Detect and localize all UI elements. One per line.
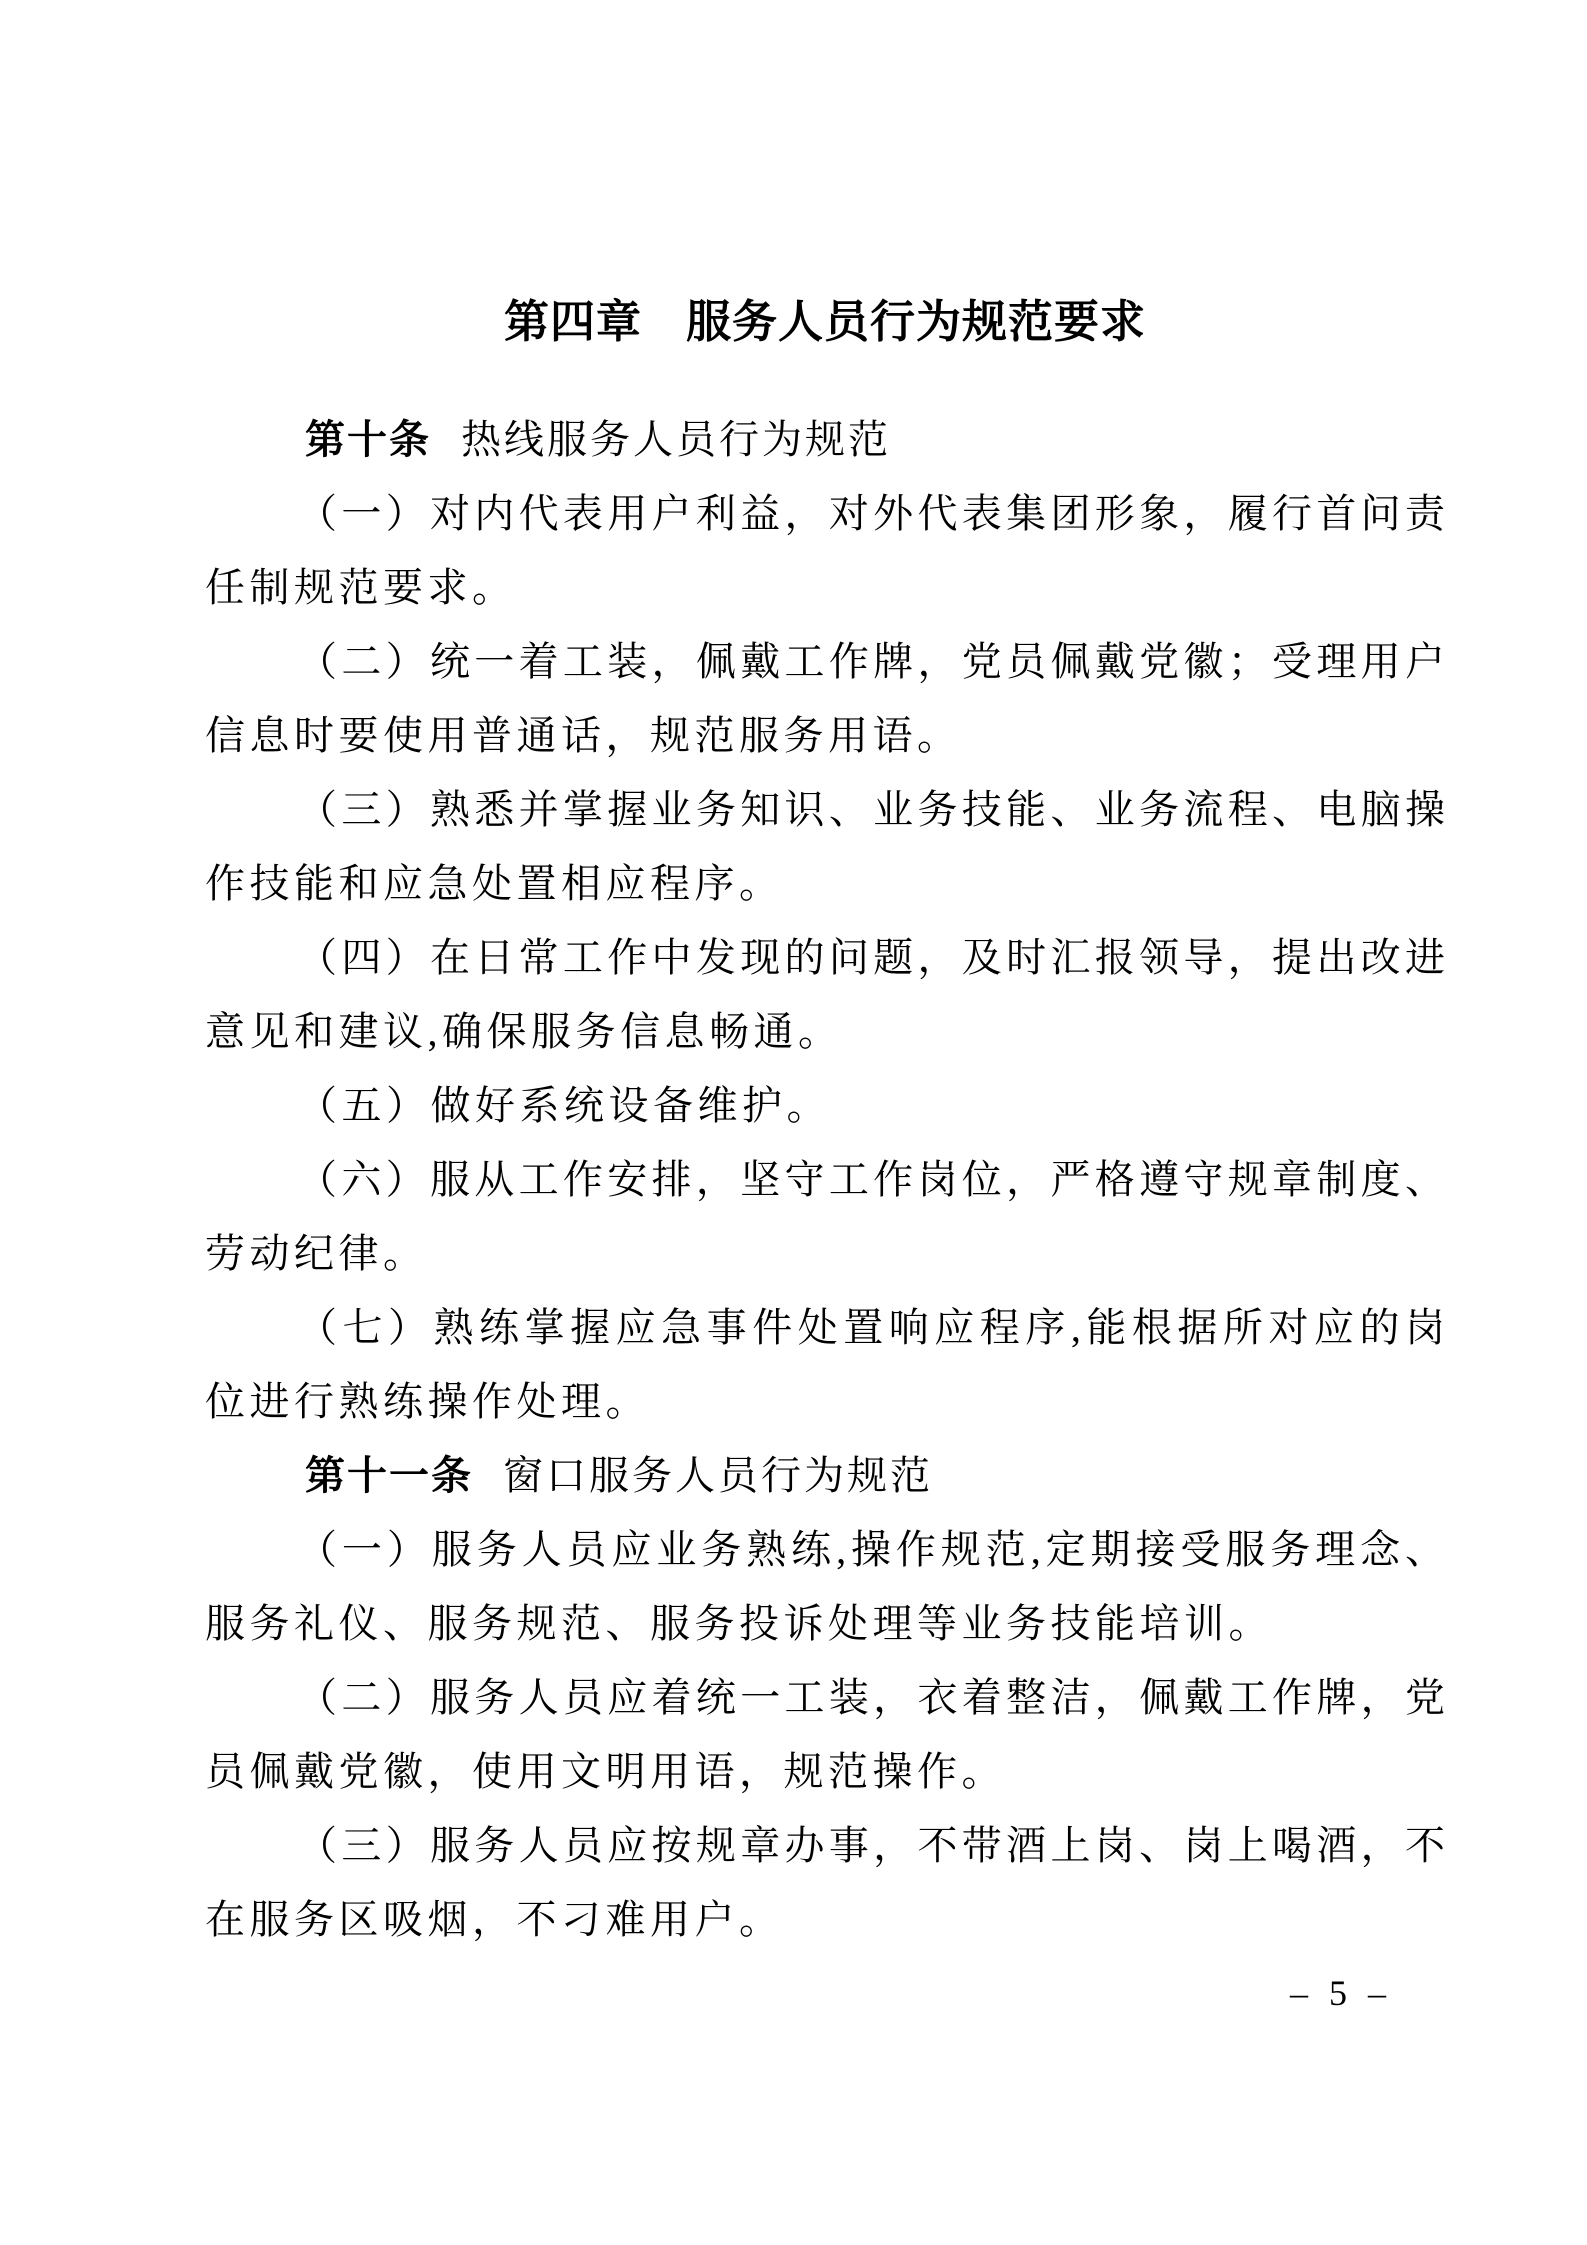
text-line: （五）做好系统设备维护。 [205,1069,1445,1143]
text-line: 员佩戴党徽，使用文明用语，规范操作。 [205,1735,1445,1809]
text-line: 意见和建议,确保服务信息畅通。 [205,995,1445,1069]
document-page: 第四章服务人员行为规范要求 第十条热线服务人员行为规范（一）对内代表用户利益，对… [0,0,1587,2245]
chapter-title-label: 第四章 [504,296,642,347]
text-line: 劳动纪律。 [205,1217,1445,1291]
document-body: 第十条热线服务人员行为规范（一）对内代表用户利益，对外代表集团形象，履行首问责任… [205,403,1445,1957]
text-line: 在服务区吸烟，不刁难用户。 [205,1883,1445,1957]
chapter-title: 第四章服务人员行为规范要求 [205,0,1445,347]
text-line: 位进行熟练操作处理。 [205,1365,1445,1439]
text-line: （三）熟悉并掌握业务知识、业务技能、业务流程、电脑操 [205,773,1445,847]
text-line: （七）熟练掌握应急事件处置响应程序,能根据所对应的岗 [205,1291,1445,1365]
article-heading: 第十一条窗口服务人员行为规范 [205,1439,1445,1513]
article-label: 第十一条 [305,1454,473,1498]
article-heading: 第十条热线服务人员行为规范 [205,403,1445,477]
text-line: （二）服务人员应着统一工装，衣着整洁，佩戴工作牌，党 [205,1661,1445,1735]
text-line: （三）服务人员应按规章办事，不带酒上岗、岗上喝酒，不 [205,1809,1445,1883]
text-line: 任制规范要求。 [205,551,1445,625]
article-label: 第十条 [305,418,431,462]
chapter-title-text: 服务人员行为规范要求 [686,296,1146,347]
text-line: （一）对内代表用户利益，对外代表集团形象，履行首问责 [205,477,1445,551]
text-line: （二）统一着工装，佩戴工作牌，党员佩戴党徽；受理用户 [205,625,1445,699]
article-title-text: 窗口服务人员行为规范 [503,1453,933,1498]
page-number: – 5 – [1290,1972,1392,2014]
text-line: 作技能和应急处置相应程序。 [205,847,1445,921]
text-line: （一）服务人员应业务熟练,操作规范,定期接受服务理念、 [205,1513,1445,1587]
text-line: 信息时要使用普通话，规范服务用语。 [205,699,1445,773]
article-title-text: 热线服务人员行为规范 [461,417,891,462]
text-line: （六）服从工作安排，坚守工作岗位，严格遵守规章制度、 [205,1143,1445,1217]
text-line: 服务礼仪、服务规范、服务投诉处理等业务技能培训。 [205,1587,1445,1661]
text-line: （四）在日常工作中发现的问题，及时汇报领导，提出改进 [205,921,1445,995]
